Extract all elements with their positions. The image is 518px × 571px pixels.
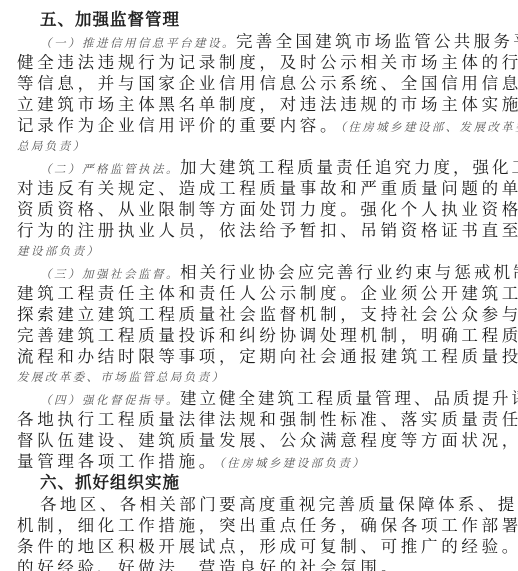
paragraph-line: （四）强化督促指导。建立健全建筑工程质量管理、品质提升评价指标体系，科学评价 (40, 388, 518, 409)
responsible-note: 发展改革委、市场监管总局负责） (17, 367, 226, 388)
paragraph-line: 立建筑市场主体黑名单制度，对违法违规的市场主体实施联合惩戒，将工程质量违法违规等 (17, 94, 518, 115)
subsection-label: （一）推进信用信息平台建设。 (40, 36, 236, 50)
section-heading-5: 五、加强监督管理 (40, 9, 180, 30)
paragraph-line: 对违反有关规定、造成工程质量事故和严重质量问题的单位和个人依法严肃查处曝光，加大 (17, 178, 518, 199)
paragraph-line: 记录作为企业信用评价的重要内容。（住房城乡建设部、发展改革委、人民银行、市场监管 (17, 115, 518, 136)
section-heading-6: 六、抓好组织实施 (40, 472, 180, 493)
responsible-note: （住房城乡建设部、发展改革委、人民银行、市场监管 (340, 120, 518, 134)
paragraph-line: 各地区、各相关部门要高度重视完善质量保障体系、提升建筑工程品质工作，健全工作 (40, 494, 518, 515)
subsection-label: （二）严格监管执法。 (40, 162, 180, 176)
paragraph-line: 探索建立建筑工程质量社会监督机制，支持社会公众参与监督、合理表达质量诉求。各地应 (17, 304, 518, 325)
subsection-label: （四）强化督促指导。 (40, 393, 180, 407)
paragraph-line: 完善建筑工程质量投诉和纠纷协调处理机制，明确工程质量投诉处理主体、受理范围、处理 (17, 325, 518, 346)
paragraph-line: 条件的地区积极开展试点，形成可复制、可推广的经验。加强舆论宣传引导，积极宣传各地 (17, 536, 518, 557)
paragraph-line: 流程和办结时限等事项，定期向社会通报建筑工程质量投诉处理情况。（住房城乡建设部、 (17, 346, 518, 367)
responsible-note: 总局负责） (17, 136, 87, 157)
paragraph-line: 督队伍建设、建筑质量发展、公众满意程度等方面状况，督促指导各地切实落实建筑工程质 (17, 430, 518, 451)
paragraph-line: 行为的注册执业人员，依法给予暂扣、吊销资格证书直至终身禁止执业的处罚。（住房城乡 (17, 220, 518, 241)
paragraph-line: 机制，细化工作措施，突出重点任务，确保各项工作部署落到实处。强化示范引领，鼓励有 (17, 515, 518, 536)
responsible-note: 建设部负责） (17, 241, 100, 262)
responsible-note: （住房城乡建设部负责） (219, 456, 366, 470)
paragraph-line: 各地执行工程质量法律法规和强制性标准、落实质量责任制度、质量保障体系建设、质量监 (17, 409, 518, 430)
paragraph-line: 的好经验、好做法，营造良好的社会氛围。 (17, 557, 401, 571)
paragraph-line: 量管理各项工作措施。（住房城乡建设部负责） (17, 451, 366, 472)
subsection-label: （三）加强社会监督。 (40, 267, 180, 281)
paragraph-line: 健全违法违规行为记录制度，及时公示相关市场主体的行政许可、行政处罚、抽查检查结果 (17, 52, 518, 73)
paragraph-line: （三）加强社会监督。相关行业协会应完善行业约束与惩戒机制，加强行业自律。建立 (40, 262, 518, 283)
paragraph-line: （二）严格监管执法。加大建筑工程质量责任追究力度，强化工程质量终身责任落实， (40, 157, 518, 178)
paragraph-line: 建筑工程责任主体和责任人公示制度。企业须公开建筑工程项目质量信息，接受社会监督。 (17, 283, 518, 304)
paragraph-line: 等信息，并与国家企业信用信息公示系统、全国信用信息共享平台等实现数据共享交换。建 (17, 73, 518, 94)
paragraph-line: （一）推进信用信息平台建设。完善全国建筑市场监管公共服务平台，加强信息归集， (40, 31, 518, 52)
paragraph-line: 资质资格、从业限制等方面处罚力度。强化个人执业资格管理，对存在证书挂靠等违法违规 (17, 199, 518, 220)
